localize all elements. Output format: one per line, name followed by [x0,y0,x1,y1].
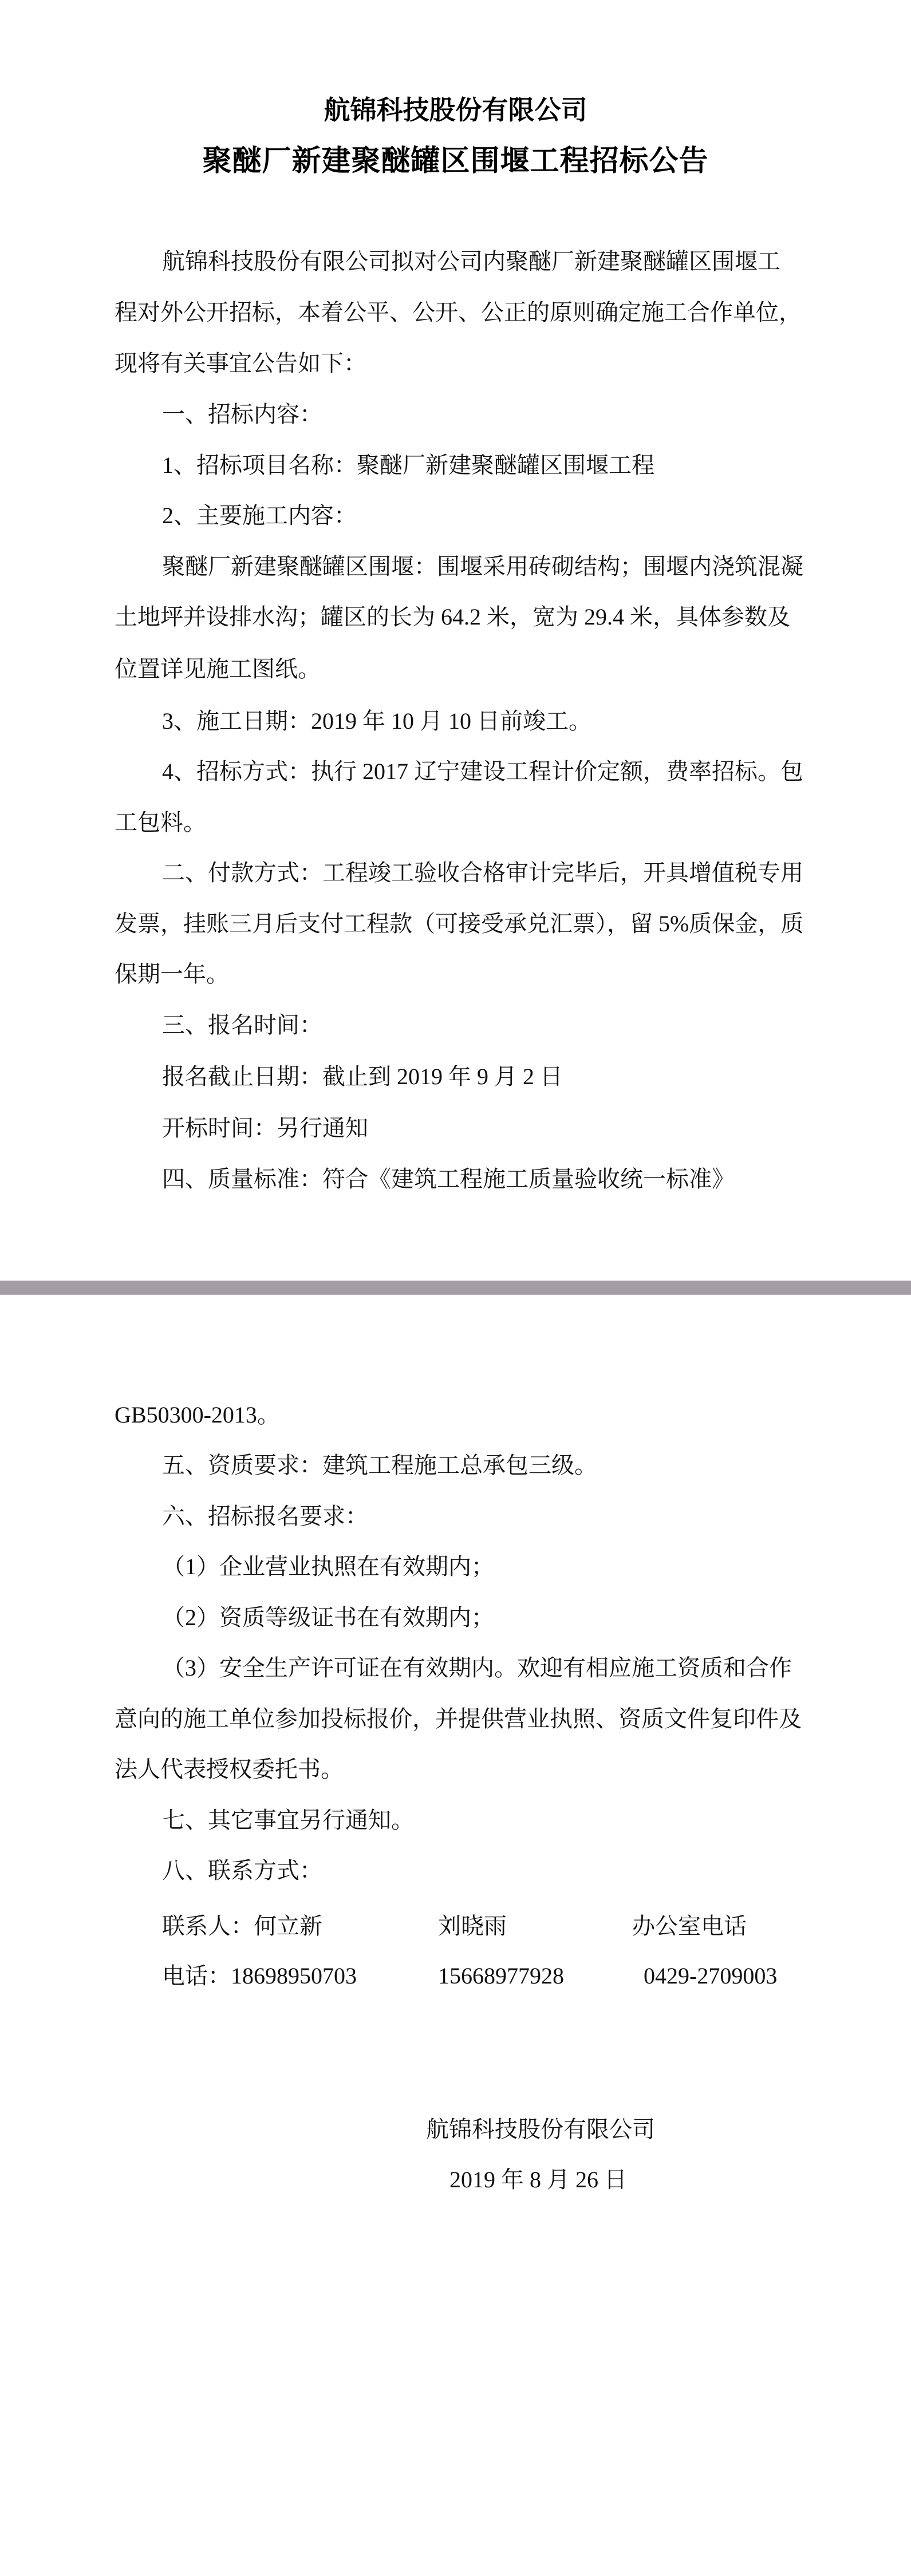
notice-title: 聚醚厂新建聚醚罐区围堰工程招标公告 [0,144,911,179]
intro-line-3: 现将有关事宜公告如下： [115,349,366,378]
section-3-deadline: 报名截止日期：截止到 2019 年 9 月 2 日 [162,1062,563,1091]
section-1-item-4-line-2: 工包料。 [115,808,206,837]
section-1-item-2-line-1: 聚醚厂新建聚醚罐区围堰：围堰采用砖砌结构；围堰内浇筑混凝 [162,552,803,581]
section-3-heading: 三、报名时间： [162,1011,322,1040]
section-6-heading: 六、招标报名要求： [162,1502,368,1531]
section-2-line-1: 二、付款方式：工程竣工验收合格审计完毕后，开具增值税专用 [162,859,803,887]
office-phone-label: 办公室电话 [632,1912,747,1941]
section-6-req-1: （1）企业营业执照在有效期内； [162,1552,494,1581]
section-4-line-2: GB50300-2013。 [115,1401,280,1429]
section-1-item-2-line-2: 土地坪并设排水沟；罐区的长为 64.2 米，宽为 29.4 米，具体参数及 [115,603,790,631]
company-title: 航锦科技股份有限公司 [0,94,911,126]
contact-phone-2: 15668977928 [438,1962,564,1990]
intro-line-2: 程对外公开招标，本着公平、公开、公正的原则确定施工合作单位， [115,298,802,327]
signature-date: 2019 年 8 月 26 日 [449,2166,627,2194]
section-1-item-2-line-3: 位置详见施工图纸。 [115,655,321,683]
section-6-req-3-line-1: （3）安全生产许可证在有效期内。欢迎有相应施工资质和合作 [162,1654,792,1682]
section-6-req-2: （2）资质等级证书在有效期内； [162,1603,494,1632]
section-1-item-2-heading: 2、主要施工内容： [162,501,357,530]
section-1-item-1: 1、招标项目名称：聚醚厂新建聚醚罐区围堰工程 [162,451,654,480]
contact-person-1: 联系人：何立新 [162,1912,322,1941]
signature-company: 航锦科技股份有限公司 [426,2115,655,2144]
section-6-req-3-line-3: 法人代表授权委托书。 [115,1755,344,1784]
section-2-line-2: 发票，挂账三月后支付工程款（可接受承兑汇票），留 5%质保金，质 [115,910,803,938]
section-1-item-3: 3、施工日期：2019 年 10 月 10 日前竣工。 [162,707,591,736]
page-divider [0,1281,911,1295]
section-3-opening: 开标时间：另行通知 [162,1114,368,1143]
section-1-heading: 一、招标内容： [162,400,322,429]
section-1-item-4-line-1: 4、招标方式：执行 2017 辽宁建设工程计价定额，费率招标。包 [162,757,803,786]
section-8-heading: 八、联系方式： [162,1856,322,1885]
contact-person-2: 刘晓雨 [438,1912,507,1941]
section-4-line-1: 四、质量标准：符合《建筑工程施工质量验收统一标准》 [162,1165,735,1194]
section-6-req-3-line-2: 意向的施工单位参加投标报价，并提供营业执照、资质文件复印件及 [115,1705,802,1733]
section-5: 五、资质要求：建筑工程施工总承包三级。 [162,1451,597,1480]
intro-line-1: 航锦科技股份有限公司拟对公司内聚醚厂新建聚醚罐区围堰工 [162,247,780,276]
section-2-line-3: 保期一年。 [115,960,229,989]
office-phone: 0429-2709003 [644,1962,777,1990]
contact-phone-1: 电话：18698950703 [162,1962,357,1990]
section-7: 七、其它事宜另行通知。 [162,1806,414,1835]
